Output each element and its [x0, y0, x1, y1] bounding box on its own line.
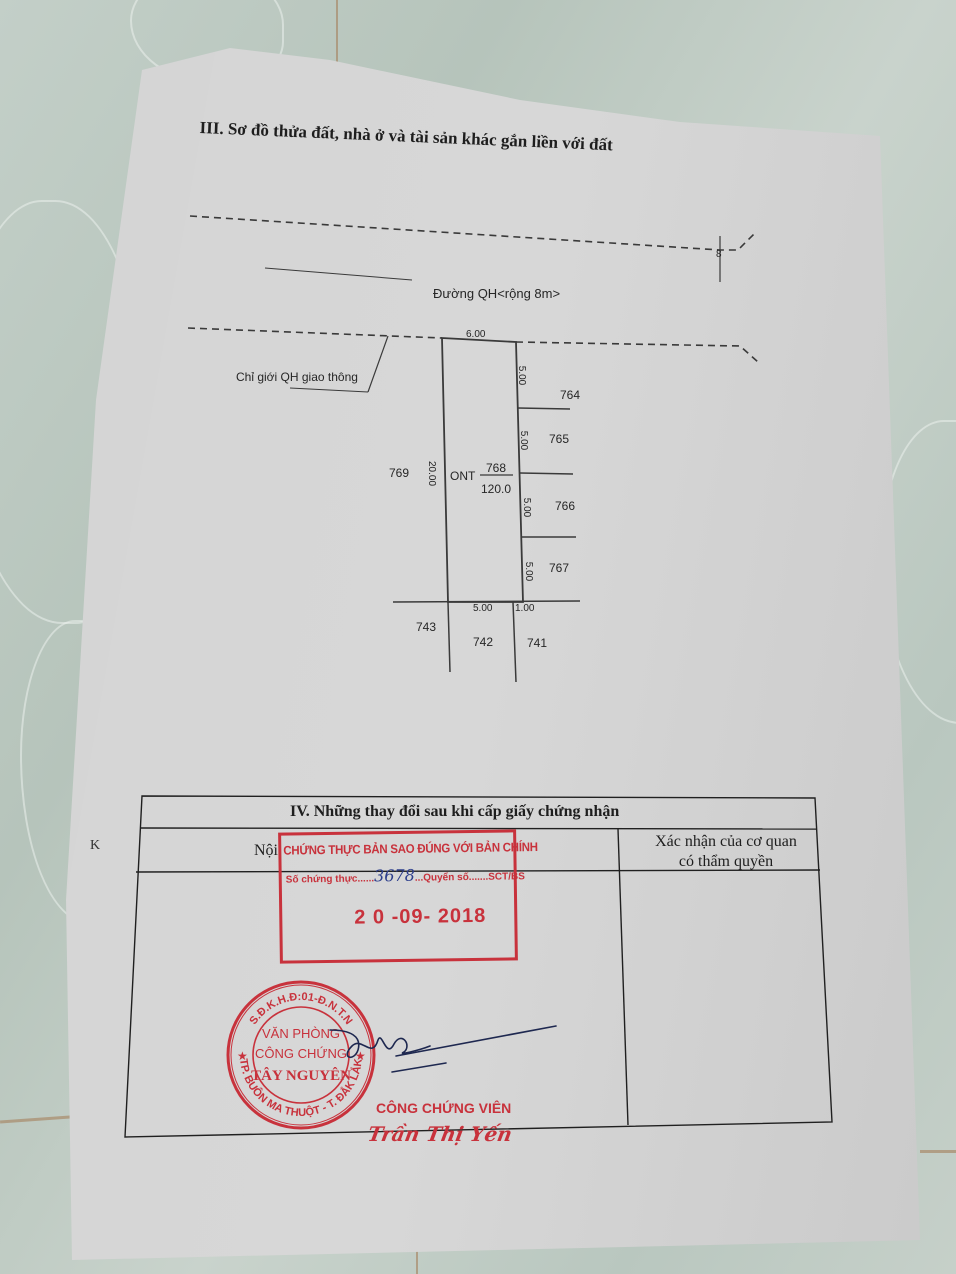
notary-name: Trần Thị Yến [366, 1122, 514, 1146]
signature [0, 0, 956, 1274]
notary-title: CÔNG CHỨNG VIÊN [376, 1100, 511, 1116]
